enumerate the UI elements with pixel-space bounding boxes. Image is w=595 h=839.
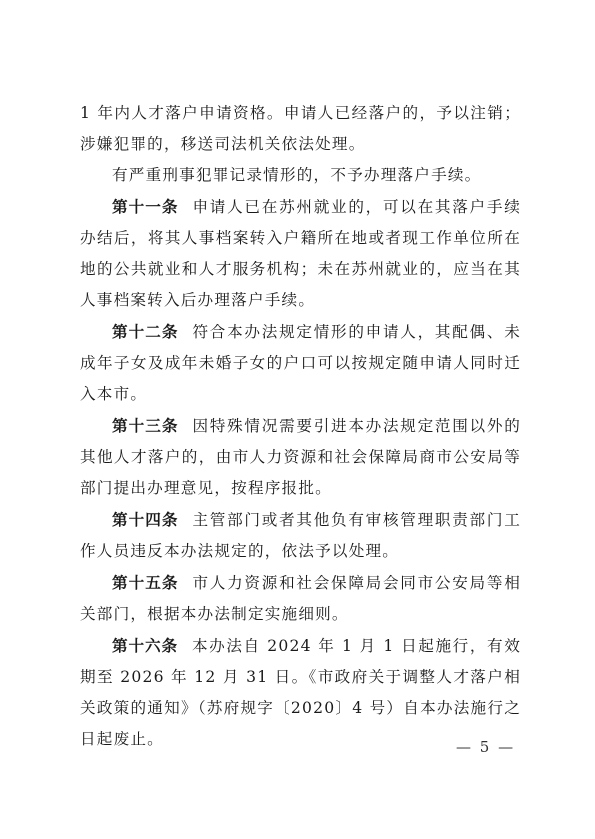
- paragraph-continuation: 1 年内人才落户申请资格。申请人已经落户的，予以注销；涉嫌犯罪的，移送司法机关依…: [80, 98, 521, 160]
- article-11: 第十一条申请人已在苏州就业的，可以在其落户手续办结后，将其人事档案转入户籍所在地…: [80, 191, 521, 316]
- document-page: 1 年内人才落户申请资格。申请人已经落户的，予以注销；涉嫌犯罪的，移送司法机关依…: [80, 98, 521, 755]
- paragraph-text: 有严重刑事犯罪记录情形的，不予办理落户手续。: [112, 166, 481, 184]
- article-14: 第十四条主管部门或者其他负有审核管理职责部门工作人员违反本办法规定的，依法予以处…: [80, 504, 521, 567]
- article-heading: 第十三条: [112, 416, 178, 435]
- article-heading: 第十二条: [112, 322, 178, 341]
- paragraph-text: 1 年内人才落户申请资格。申请人已经落户的，予以注销；涉嫌犯罪的，移送司法机关依…: [80, 104, 521, 153]
- article-13: 第十三条因特殊情况需要引进本办法规定范围以外的其他人才落户的，由市人力资源和社会…: [80, 410, 521, 504]
- paragraph-criminal-record: 有严重刑事犯罪记录情形的，不予办理落户手续。: [80, 160, 521, 191]
- article-15: 第十五条市人力资源和社会保障局会同市公安局等相关部门，根据本办法制定实施细则。: [80, 567, 521, 630]
- article-heading: 第十六条: [112, 636, 178, 655]
- article-heading: 第十五条: [112, 573, 178, 592]
- article-heading: 第十四条: [112, 510, 178, 529]
- page-number: — 5 —: [456, 738, 515, 756]
- article-16: 第十六条本办法自 2024 年 1 月 1 日起施行，有效期至 2026 年 1…: [80, 630, 521, 755]
- article-heading: 第十一条: [112, 197, 178, 216]
- article-12: 第十二条符合本办法规定情形的申请人，其配偶、未成年子女及成年未婚子女的户口可以按…: [80, 316, 521, 410]
